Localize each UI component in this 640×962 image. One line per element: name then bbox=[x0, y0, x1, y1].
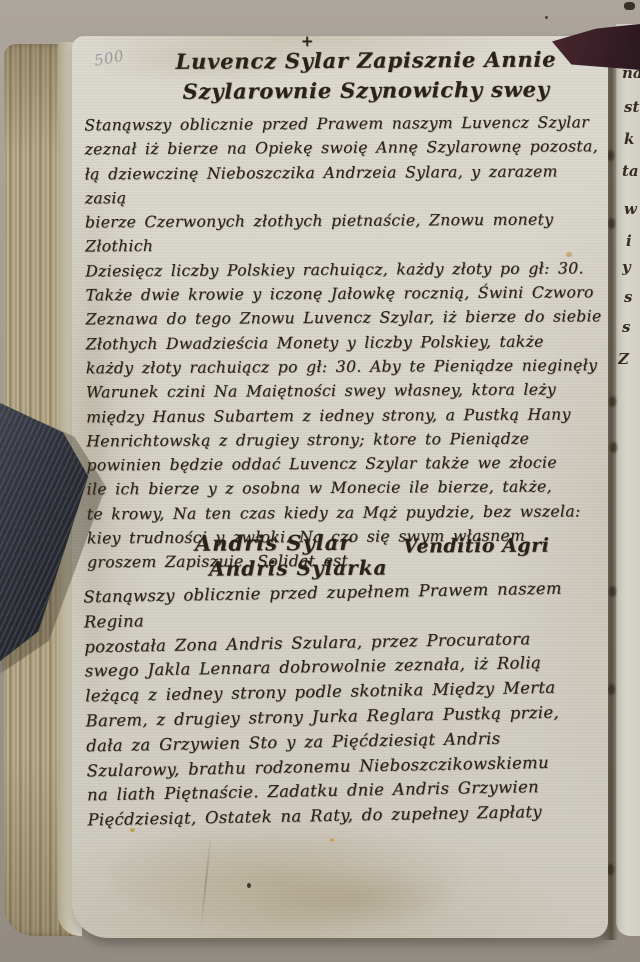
manuscript-line: zeznał iż bierze na Opiekę swoię Annę Sz… bbox=[84, 135, 600, 162]
manuscript-photo: na st k ta w i y s s Z 500 + Luvencz Syl… bbox=[0, 0, 640, 962]
manuscript-line: Dziesięcz liczby Polskiey rachuiącz, każ… bbox=[85, 256, 601, 283]
manuscript-line: bierze Czerwonych złothych pietnaście, Z… bbox=[85, 207, 601, 259]
entry2-heading-latin: Venditio Agri bbox=[403, 535, 550, 558]
entry1-heading-line: Szylarownie Szynowichy swey bbox=[150, 74, 582, 107]
manuscript-line: Złothych Dwadzieścia Monety y liczby Pol… bbox=[86, 329, 602, 356]
pencil-page-number: 500 bbox=[93, 47, 126, 70]
manuscript-line: między Hanus Subartem z iedney strony, a… bbox=[86, 402, 602, 429]
manuscript-line: ile ich bierze y z osobna w Monecie ile … bbox=[87, 475, 603, 502]
entry1-heading: Luvencz Sylar Zapisznie Annie Szylarowni… bbox=[150, 44, 582, 107]
entry2-heading-sub: Andris Sylarka bbox=[209, 556, 388, 581]
manuscript-line: Warunek czini Na Maiętności swey własney… bbox=[86, 378, 602, 405]
manuscript-line: łą dziewczinę Nieboszczika Andrzeia Syla… bbox=[85, 159, 601, 211]
entry1-body: Stanąwszy oblicznie przed Prawem naszym … bbox=[84, 110, 603, 575]
manuscript-line: Stanąwszy oblicznie przed Prawem naszym … bbox=[84, 110, 600, 137]
manuscript-line: Henrichtowską z drugiey strony; ktore to… bbox=[86, 426, 602, 453]
entry2-heading-name: Andris Sylar bbox=[195, 530, 352, 556]
entry1-heading-line: Luvencz Sylar Zapisznie Annie bbox=[150, 44, 582, 77]
manuscript-line: Zeznawa do tego Znowu Luvencz Szylar, iż… bbox=[86, 305, 602, 332]
manuscript-line: powinien będzie oddać Luvencz Szylar tak… bbox=[86, 450, 602, 477]
entry2-body: Stanąwszy oblicznie przed zupełnem Prawe… bbox=[83, 576, 611, 834]
manuscript-line: te krowy, Na ten czas kiedy za Mąż puydz… bbox=[87, 499, 603, 526]
manuscript-line: każdy złoty rachuiącz po gł: 30. Aby te … bbox=[86, 353, 602, 380]
manuscript-line: Także dwie krowie y iczonę Jałowkę roczn… bbox=[85, 280, 601, 307]
